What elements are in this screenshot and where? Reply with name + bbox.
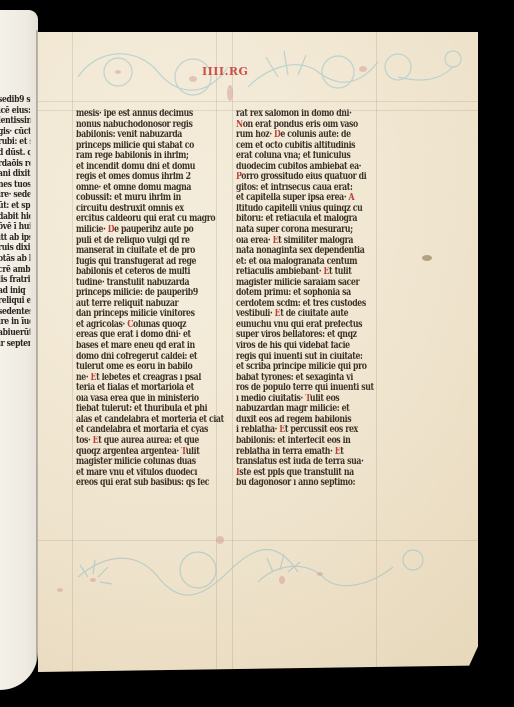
text-segment: fiebāt tulerūt: et thuribula et phi bbox=[76, 404, 207, 414]
text-line: dan princeps milicie vinitores bbox=[76, 309, 226, 320]
text-segment: magister milicie colūnas duas bbox=[76, 457, 196, 467]
manuscript-page: IIII.RG mēsis· ipē est annus decimusnonu… bbox=[38, 32, 478, 672]
left-page-line: reliqui erāt bbox=[0, 296, 30, 307]
left-page-line: nes tuos: in b bbox=[0, 180, 30, 191]
text-segment: ros de populo terre qui inuenti sūt bbox=[236, 383, 374, 393]
left-page-fragment: sedib9 suis fieticē eius: ut sitlentissi… bbox=[0, 10, 38, 690]
text-segment: tulerūt omē es eorū in babilo bbox=[76, 362, 192, 372]
text-line: teria et fialas et mortariola et bbox=[76, 383, 226, 394]
text-segment: ereos qui erāt sub basibus: qs fec bbox=[76, 478, 209, 488]
text-line: translatus est iuda de terra sua· bbox=[236, 457, 386, 468]
text-line: ereos qui erāt sub basibus: qs fec bbox=[76, 478, 226, 489]
text-line: tudine· transtulit nabuzarda bbox=[76, 278, 226, 289]
text-segment: teria et fialas et mortariola et bbox=[76, 383, 194, 393]
text-line: Iste est ppls quē transtulit na bbox=[236, 468, 386, 479]
text-segment: ste est ppls quē transtulit na bbox=[239, 468, 354, 478]
ruling-line bbox=[72, 32, 73, 672]
text-segment: ltitudo capitelli vnius quinqz cu bbox=[236, 204, 362, 214]
parchment-stain bbox=[422, 255, 432, 261]
left-page-line: ire· sedeāt in bbox=[0, 190, 30, 201]
text-line: ltitudo capitelli vnius quinqz cu bbox=[236, 204, 386, 215]
text-line: dotem primū: et sophoniā sa bbox=[236, 288, 386, 299]
text-line: i reblatha· Et percussit eos rex bbox=[236, 425, 386, 436]
text-segment: babilonis et ceteros de multi bbox=[76, 267, 190, 277]
text-line: Porro grossitudo eius quatuor di bbox=[236, 172, 386, 183]
text-segment: i reblatha· bbox=[236, 425, 279, 435]
text-segment: duodecim cubitos ambiebat eā· bbox=[236, 162, 361, 172]
left-page-text: sedib9 suis fieticē eius: ut sitlentissi… bbox=[0, 95, 36, 349]
text-segment: et agricolas· bbox=[76, 320, 127, 330]
text-line: babilonis et ceteros de multi bbox=[76, 267, 226, 278]
text-segment: mēsis· ipē est annus decimus bbox=[76, 109, 193, 119]
left-page-line: otās ab hoc bbox=[0, 254, 30, 265]
text-line: regis qui inuenti sūt in ciuitate: bbox=[236, 352, 386, 363]
text-segment: et capitella super ipsā erea· bbox=[236, 193, 348, 203]
text-segment: omnē· et omnē domū magnā bbox=[76, 183, 191, 193]
text-line: ros de populo terre qui inuenti sūt bbox=[236, 383, 386, 394]
rubricated-initial: A bbox=[348, 193, 354, 203]
text-line: et agricolas· Colūnas quoqz bbox=[76, 320, 226, 331]
text-segment: cōbussit: et muru ihrlm in bbox=[76, 193, 181, 203]
left-page-line: d̄abit hic ter bbox=[0, 212, 30, 223]
text-segment: ī medio ciuitatis· bbox=[236, 394, 305, 404]
text-line: retiaculis ambiebant· Et tulit bbox=[236, 267, 386, 278]
text-line: bases et mare eneū qd erat in bbox=[76, 341, 226, 352]
text-segment: ercitus caldeorū qui erat cū magro bbox=[76, 214, 215, 224]
text-line: gitos: et intrīsecus caua erat: bbox=[236, 183, 386, 194]
text-line: et capitella super ipsā erea· A bbox=[236, 193, 386, 204]
text-line: et candelabra et mortaria et cyas bbox=[76, 425, 226, 436]
text-line: alas et candelabra et morteria et ciat bbox=[76, 415, 226, 426]
text-line: nē· Et lebetes et creagras ī psal bbox=[76, 373, 226, 384]
text-segment: nabuzardan magr milicie: et bbox=[236, 404, 349, 414]
text-segment: et mare vnū et vitulos duodecī bbox=[76, 468, 197, 478]
text-line: ī medio ciuitatis· Tulit eos bbox=[236, 394, 386, 405]
text-segment: duxit eos ad regem babilonis bbox=[236, 415, 351, 425]
text-line: oīa erea· Et similiter malogra bbox=[236, 236, 386, 247]
text-line: fiebāt tulerūt: et thuribula et phi bbox=[76, 404, 226, 415]
text-line: nata nonaginta sex dependentia bbox=[236, 246, 386, 257]
text-segment: aūt terre reliquit nabuzar bbox=[76, 299, 178, 309]
text-line: nonus nabuchodonosor regis bbox=[76, 120, 226, 131]
text-line: duodecim cubitos ambiebat eā· bbox=[236, 162, 386, 173]
text-line: et: et oīa malogranata centum bbox=[236, 257, 386, 268]
text-segment: nē· bbox=[76, 373, 91, 383]
text-line: nata super coronā mēsurarū; bbox=[236, 225, 386, 236]
text-line: viros de his qui videbāt faciē bbox=[236, 341, 386, 352]
text-line: cem et octo cubitis altitudinis bbox=[236, 141, 386, 152]
text-line: babilonis: venit nabuzarda bbox=[76, 130, 226, 141]
text-segment: princeps milicie qui stabat co bbox=[76, 141, 194, 151]
text-segment: gitos: et intrīsecus caua erat: bbox=[236, 183, 352, 193]
text-segment: regis qui inuenti sūt in ciuitate: bbox=[236, 352, 363, 362]
text-segment: nata nonaginta sex dependentia bbox=[236, 246, 364, 256]
ruling-line bbox=[38, 540, 478, 541]
left-page-line: rubi: et sediul bbox=[0, 137, 30, 148]
text-segment: bu dagonosor ī anno septimo: bbox=[236, 478, 355, 488]
text-line: nabuzardan magr milicie: et bbox=[236, 404, 386, 415]
text-segment: et: et oīa malogranata centum bbox=[236, 257, 357, 267]
ruling-line bbox=[38, 101, 478, 102]
text-segment: oīa vasa erea que in ministerio bbox=[76, 394, 199, 404]
text-line: babat tyrones: et sexaginta vi bbox=[236, 373, 386, 384]
text-segment: fugis qui transfugerāt ad regē bbox=[76, 257, 196, 267]
text-segment: olūnas quoqz bbox=[133, 320, 186, 330]
text-line: princeps milicie qui stabat co bbox=[76, 141, 226, 152]
text-line: magister milicie colūnas duas bbox=[76, 457, 226, 468]
left-page-line: lis fratris bbox=[0, 275, 30, 286]
text-segment: nata super coronā mēsurarū; bbox=[236, 225, 353, 235]
text-segment: t tulit bbox=[329, 267, 351, 277]
text-segment: oīa erea· bbox=[236, 236, 273, 246]
text-line: cōbussit: et muru ihrlm in bbox=[76, 193, 226, 204]
text-segment: quoqz argentea argentea· bbox=[76, 447, 181, 457]
ruling-line bbox=[232, 32, 233, 672]
text-segment: magister milicie saraiam sacer bbox=[236, 278, 359, 288]
text-line: regis et omēs domus ihrlm 2 bbox=[76, 172, 226, 183]
text-segment: et incendit domū dñi et domū bbox=[76, 162, 195, 172]
text-segment: t percussit eos rex bbox=[285, 425, 358, 435]
text-segment: erat colūna vna; et funiculus bbox=[236, 151, 350, 161]
left-page-line: ire in īuestig bbox=[0, 317, 30, 328]
text-line: reblatha in terra emath· Et bbox=[236, 447, 386, 458]
text-segment: babilonis: et interfecit eos in bbox=[236, 436, 350, 446]
text-segment: rat rex salomon in domo dñi· bbox=[236, 109, 351, 119]
left-page-line: gis· cūctos 2 ter bbox=[0, 127, 30, 138]
text-column-a: mēsis· ipē est annus decimusnonus nabuch… bbox=[76, 109, 226, 489]
text-line: bitorū: et retiacula et malogra bbox=[236, 214, 386, 225]
text-segment: super viros bellatores: et qnqz bbox=[236, 330, 357, 340]
text-segment: reblatha in terra emath· bbox=[236, 447, 335, 457]
left-page-line: icē eius: ut sit bbox=[0, 106, 30, 117]
text-segment: translatus est iuda de terra sua· bbox=[236, 457, 363, 467]
text-segment: puli et de reliquo vulgi qd re bbox=[76, 236, 190, 246]
text-line: ercitus caldeorū qui erat cū magro bbox=[76, 214, 226, 225]
left-page-line: sedib9 suis fiet bbox=[0, 95, 30, 106]
left-page-line: ūt: et spiritus bbox=[0, 201, 30, 212]
left-page-line: itt ab ipso· d bbox=[0, 233, 30, 244]
text-segment: bitorū: et retiacula et malogra bbox=[236, 214, 357, 224]
text-line: ereas que erāt i domo dñi· et bbox=[76, 330, 226, 341]
text-line: tulerūt omē es eorū in babilo bbox=[76, 362, 226, 373]
text-segment: ram rege babilonis in ihrlm; bbox=[76, 151, 188, 161]
text-segment: t bbox=[340, 447, 343, 457]
text-segment: e colūnis autē: de bbox=[280, 130, 350, 140]
text-line: erat colūna vna; et funiculus bbox=[236, 151, 386, 162]
text-segment: dan princeps milicie vinitores bbox=[76, 309, 195, 319]
text-line: tos· Et que aurea aurea: et que bbox=[76, 436, 226, 447]
left-page-line: sedentes in bbox=[0, 307, 30, 318]
text-segment: t similiter malogra bbox=[278, 236, 353, 246]
text-segment: babilonis: venit nabuzarda bbox=[76, 130, 182, 140]
text-line: aūt terre reliquit nabuzar bbox=[76, 299, 226, 310]
text-line: eunuchū vnū qui erat prefectus bbox=[236, 320, 386, 331]
text-line: super viros bellatores: et qnqz bbox=[236, 330, 386, 341]
text-segment: alas et candelabra et morteria et ciat bbox=[76, 415, 224, 425]
text-line: mēsis· ipē est annus decimus bbox=[76, 109, 226, 120]
text-line: quoqz argentea argentea· Tulit bbox=[76, 447, 226, 458]
text-segment: t de ciuitate autē bbox=[280, 309, 348, 319]
left-page-line: lentissim9 occu bbox=[0, 116, 30, 127]
text-line: domo dñi cōfregerūt caldei: et bbox=[76, 352, 226, 363]
text-line: princeps milicie: de pauperib9 bbox=[76, 288, 226, 299]
text-line: rat rex salomon in domo dñi· bbox=[236, 109, 386, 120]
text-line: puli et de reliquo vulgi qd re bbox=[76, 236, 226, 247]
text-segment: et candelabra et mortaria et cyas bbox=[76, 425, 208, 435]
text-segment: milicie· bbox=[76, 225, 108, 235]
text-segment: retiaculis ambiebant· bbox=[236, 267, 323, 277]
text-line: cerdotem scdm: et tres custodes bbox=[236, 299, 386, 310]
text-segment: ereas que erāt i domo dñi· et bbox=[76, 330, 191, 340]
text-line: omnē· et omnē domū magnā bbox=[76, 183, 226, 194]
text-segment: t lebetes et creagras ī psal bbox=[96, 373, 201, 383]
text-segment: et scribā principē milicie qui pro bbox=[236, 362, 367, 372]
left-page-line: ir septemo bbox=[0, 339, 30, 350]
text-line: magister milicie saraiam sacer bbox=[236, 278, 386, 289]
text-segment: bases et mare eneū qd erat in bbox=[76, 341, 195, 351]
text-segment: t que aurea aurea: et que bbox=[98, 436, 199, 446]
left-page-line: ōvē ī huius bbox=[0, 222, 30, 233]
text-line: Non erat pondus eris oīm vaso bbox=[236, 120, 386, 131]
text-line: et scribā principē milicie qui pro bbox=[236, 362, 386, 373]
text-segment: tudine· transtulit nabuzarda bbox=[76, 278, 189, 288]
text-segment: domo dñi cōfregerūt caldei: et bbox=[76, 352, 197, 362]
text-segment: princeps milicie: de pauperib9 bbox=[76, 288, 198, 298]
text-segment: vestibuli· bbox=[236, 309, 275, 319]
text-line: et incendit domū dñi et domū bbox=[76, 162, 226, 173]
running-head: IIII.RG bbox=[202, 65, 248, 78]
text-line: vestibuli· Et de ciuitate autē bbox=[236, 309, 386, 320]
rubricated-initial: N bbox=[236, 120, 243, 130]
left-page-line: rdaōis rege ba bbox=[0, 159, 30, 170]
text-line: ram rege babilonis in ihrlm; bbox=[76, 151, 226, 162]
text-line: fugis qui transfugerāt ad regē bbox=[76, 257, 226, 268]
left-page-line: ad iniq bbox=[0, 286, 30, 297]
text-segment: on erat pondus eris oīm vaso bbox=[243, 120, 358, 130]
text-segment: nonus nabuchodonosor regis bbox=[76, 120, 192, 130]
text-segment: babat tyrones: et sexaginta vi bbox=[236, 373, 353, 383]
text-line: oīa vasa erea que in ministerio bbox=[76, 394, 226, 405]
text-segment: viros de his qui videbāt faciē bbox=[236, 341, 350, 351]
text-line: manserat in ciuitate et de pro bbox=[76, 246, 226, 257]
text-segment: cerdotem scdm: et tres custodes bbox=[236, 299, 366, 309]
text-line: bu dagonosor ī anno septimo: bbox=[236, 478, 386, 489]
text-line: rum hoz· De colūnis autē: de bbox=[236, 130, 386, 141]
text-column-b: rat rex salomon in domo dñi·Non erat pon… bbox=[236, 109, 386, 489]
text-segment: ulit bbox=[186, 447, 200, 457]
text-line: babilonis: et interfecit eos in bbox=[236, 436, 386, 447]
text-segment: tos· bbox=[76, 436, 93, 446]
text-segment: e pauperibz autē po bbox=[114, 225, 193, 235]
text-segment: rum hoz· bbox=[236, 130, 274, 140]
text-line: et mare vnū et vitulos duodecī bbox=[76, 468, 226, 479]
left-page-line: crē ambi bbox=[0, 265, 30, 276]
left-page-line: ruis dixit: in bbox=[0, 243, 30, 254]
text-segment: circuitu destruxit omnis ex bbox=[76, 204, 184, 214]
left-page-line: ani dixit: Ego bbox=[0, 169, 30, 180]
text-segment: dotem primū: et sophoniā sa bbox=[236, 288, 351, 298]
text-segment: orro grossitudo eius quatuor di bbox=[241, 172, 366, 182]
text-line: circuitu destruxit omnis ex bbox=[76, 204, 226, 215]
text-segment: cem et octo cubitis altitudinis bbox=[236, 141, 355, 151]
text-segment: manserat in ciuitate et de pro bbox=[76, 246, 195, 256]
text-line: milicie· De pauperibz autē po bbox=[76, 225, 226, 236]
penwork-flourish-bottom-icon bbox=[48, 532, 448, 607]
left-page-line: abiuerūt uī bbox=[0, 328, 30, 339]
text-segment: regis et omēs domus ihrlm 2 bbox=[76, 172, 191, 182]
left-page-line: d dūst. qui ab bbox=[0, 148, 30, 159]
text-segment: ulit eos bbox=[310, 394, 339, 404]
text-line: duxit eos ad regem babilonis bbox=[236, 415, 386, 426]
text-segment: eunuchū vnū qui erat prefectus bbox=[236, 320, 362, 330]
